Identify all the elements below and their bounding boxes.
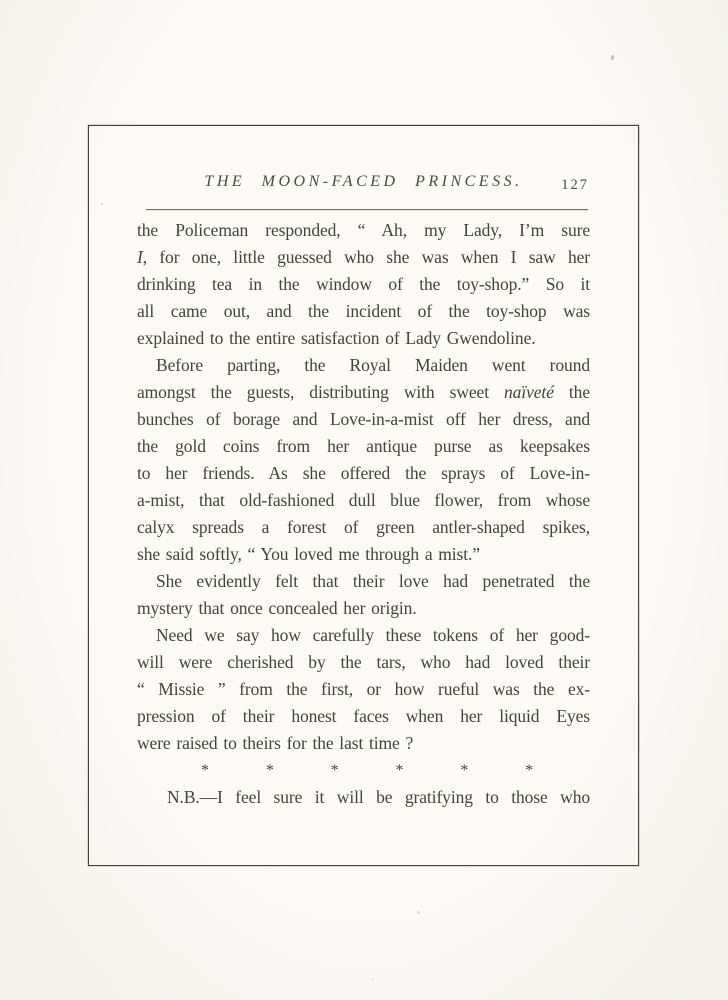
body-text: She evidently felt that their love had p… xyxy=(156,571,590,591)
asterisk-glyph: * xyxy=(460,757,468,784)
text-line: she said softly, “ You loved me through … xyxy=(137,541,590,568)
text-line: a-mist, that old-fashioned dull blue flo… xyxy=(137,487,590,514)
asterisk-separator: ****** xyxy=(201,757,533,784)
body-text: a-mist, that old-fashioned dull blue flo… xyxy=(137,490,590,510)
scanned-book-page: { "colors": { "paper": "#f7f6f2", "ink":… xyxy=(0,0,728,1000)
text-line: will were cherished by the tars, who had… xyxy=(137,649,590,676)
text-line: She evidently felt that their love had p… xyxy=(137,568,590,595)
scan-speck xyxy=(417,911,420,914)
page-border-frame: THE MOON-FACED PRINCESS. 127 the Policem… xyxy=(88,125,639,866)
body-text: mystery that once concealed her origin. xyxy=(137,598,417,618)
body-text: she said softly, “ You loved me through … xyxy=(137,544,480,564)
body-text: the xyxy=(554,382,590,402)
body-text: the Policeman responded, “ Ah, my Lady, … xyxy=(137,220,590,240)
asterisk-glyph: * xyxy=(395,757,403,784)
text-line: calyx spreads a forest of green antler-s… xyxy=(137,514,590,541)
text-line: pression of their honest faces when her … xyxy=(137,703,590,730)
asterisk-glyph: * xyxy=(331,757,339,784)
body-text: bunches of borage and Love-in-a-mist off… xyxy=(137,409,590,429)
header-rule xyxy=(146,209,588,210)
text-line: the Policeman responded, “ Ah, my Lady, … xyxy=(137,217,590,244)
body-text: drinking tea in the window of the toy-sh… xyxy=(137,274,590,294)
text-line: amongst the guests, distributing with sw… xyxy=(137,379,590,406)
body-text: pression of their honest faces when her … xyxy=(137,706,590,726)
scan-speck xyxy=(372,978,374,980)
running-header: THE MOON-FACED PRINCESS. 127 xyxy=(137,173,590,199)
body-text: all came out, and the incident of the to… xyxy=(137,301,590,321)
asterisk-glyph: * xyxy=(525,757,533,784)
text-line: all came out, and the incident of the to… xyxy=(137,298,590,325)
body-text: Before parting, the Royal Maiden went ro… xyxy=(156,355,590,375)
asterisk-glyph: * xyxy=(266,757,274,784)
italic-text: naïveté xyxy=(504,382,554,402)
chapter-title: THE MOON-FACED PRINCESS. xyxy=(137,173,590,191)
text-line: bunches of borage and Love-in-a-mist off… xyxy=(137,406,590,433)
body-text: were raised to theirs for the last time … xyxy=(137,733,413,753)
body-text: “ Missie ” from the first, or how rueful… xyxy=(137,679,590,699)
body-text: calyx spreads a forest of green antler-s… xyxy=(137,517,590,537)
body-text: amongst the guests, distributing with sw… xyxy=(137,382,504,402)
page-number: 127 xyxy=(561,177,589,194)
body-text: , for one, little guessed who she was wh… xyxy=(143,247,590,267)
text-line: were raised to theirs for the last time … xyxy=(137,730,590,757)
body-text: Need we say how carefully these tokens o… xyxy=(156,625,590,645)
text-line: “ Missie ” from the first, or how rueful… xyxy=(137,676,590,703)
text-line: to her friends. As she offered the spray… xyxy=(137,460,590,487)
body-text: N.B.—I feel sure it will be gratifying t… xyxy=(167,787,590,807)
body-text: explained to the entire satisfaction of … xyxy=(137,328,536,348)
scan-speck xyxy=(610,55,614,61)
text-line: the gold coins from her antique purse as… xyxy=(137,433,590,460)
text-line: explained to the entire satisfaction of … xyxy=(137,325,590,352)
asterisk-glyph: * xyxy=(201,757,209,784)
text-line: Before parting, the Royal Maiden went ro… xyxy=(137,352,590,379)
text-block: the Policeman responded, “ Ah, my Lady, … xyxy=(137,217,590,811)
body-text: to her friends. As she offered the spray… xyxy=(137,463,590,483)
text-line: Need we say how carefully these tokens o… xyxy=(137,622,590,649)
text-line: N.B.—I feel sure it will be gratifying t… xyxy=(137,784,590,811)
text-line: I, for one, little guessed who she was w… xyxy=(137,244,590,271)
body-text: will were cherished by the tars, who had… xyxy=(137,652,590,672)
body-text: the gold coins from her antique purse as… xyxy=(137,436,590,456)
scan-speck xyxy=(101,203,103,205)
text-line: drinking tea in the window of the toy-sh… xyxy=(137,271,590,298)
text-line: mystery that once concealed her origin. xyxy=(137,595,590,622)
